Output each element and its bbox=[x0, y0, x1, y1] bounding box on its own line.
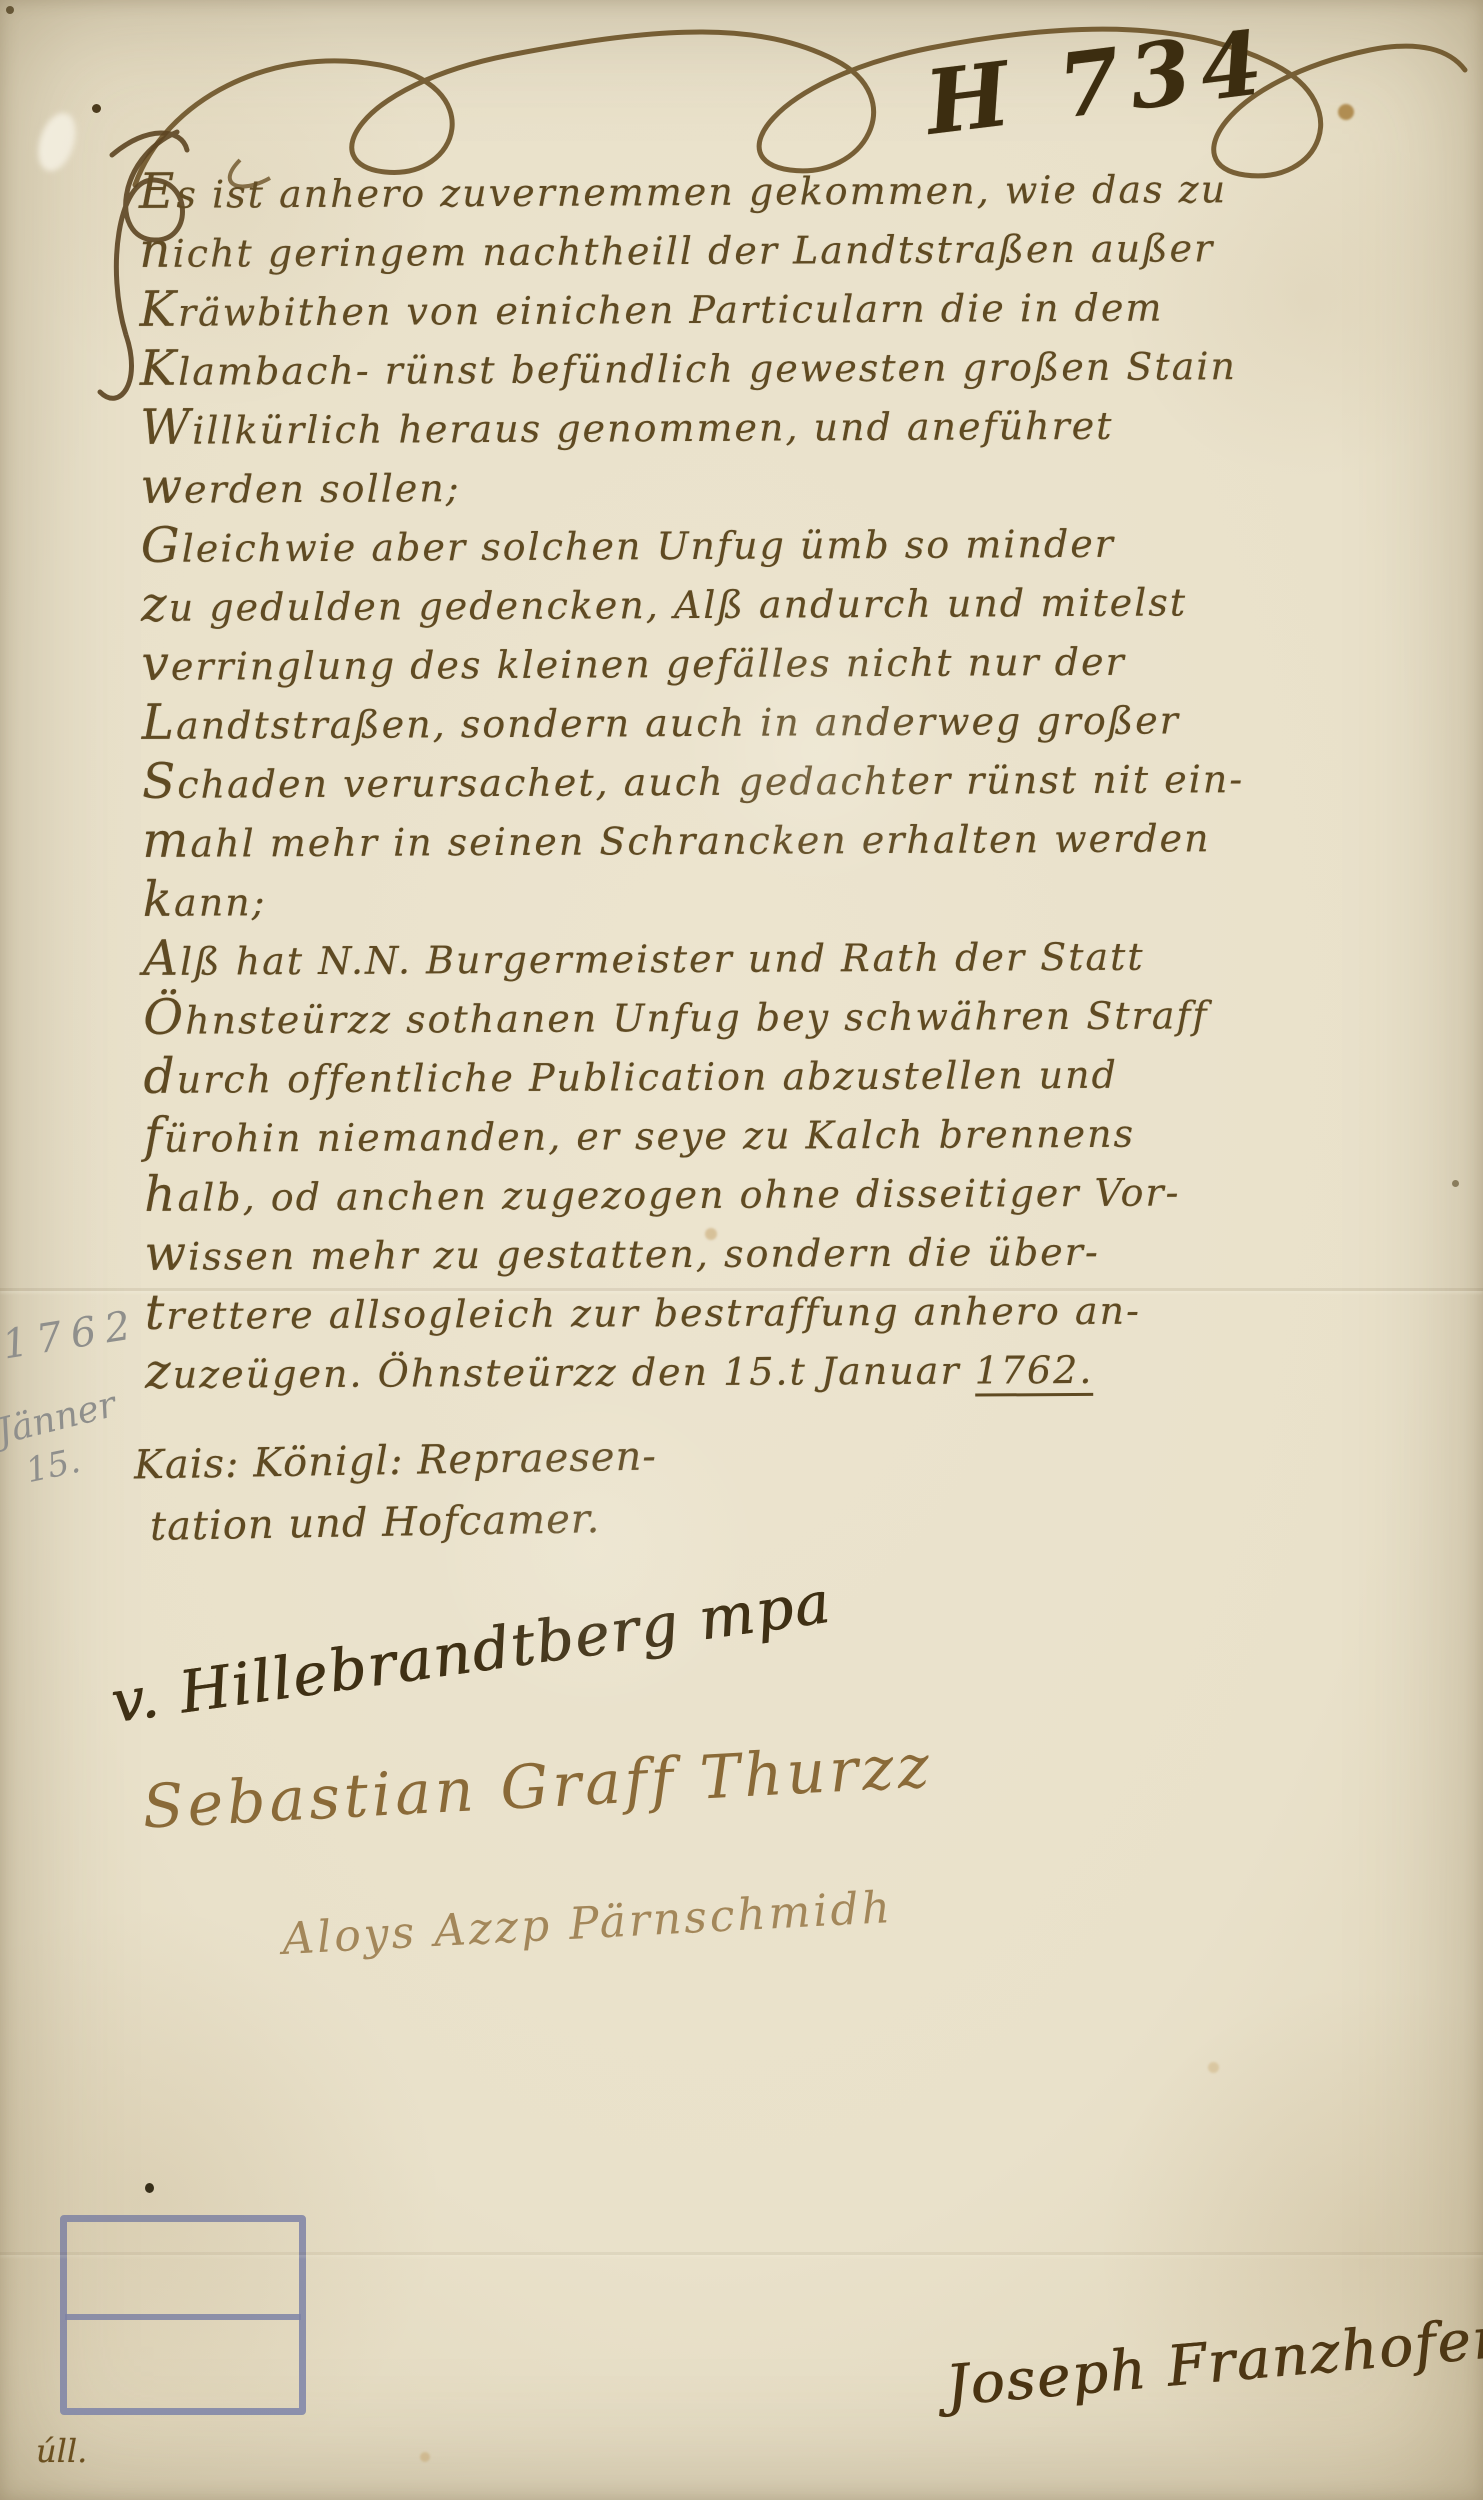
body-text-line: Gleichwie aber solchen Unfug ümb so mind… bbox=[141, 511, 1243, 576]
fold-crease bbox=[0, 2252, 1483, 2255]
letter-body: Es ist anhero zuvernemmen gekommen, wie … bbox=[139, 157, 1248, 1402]
archival-number: H 734 bbox=[920, 9, 1278, 155]
stamp-box-divider bbox=[65, 2314, 301, 2320]
ink-speck bbox=[145, 2183, 154, 2193]
signature-2: Sebastian Graff Thurzz bbox=[141, 1731, 935, 1842]
body-text-line: Willkürlich heraus genommen, und aneführ… bbox=[140, 393, 1242, 458]
body-text-line: Alß hat N.N. Burgermeister und Rath der … bbox=[143, 924, 1245, 989]
body-text-line: fürohin niemanden, er seye zu Kalch bren… bbox=[144, 1101, 1246, 1166]
body-text-line: werden sollen; bbox=[140, 452, 1242, 517]
body-text-line: wissen mehr zu gestatten, sondern die üb… bbox=[144, 1219, 1246, 1284]
date-line: zuzeügen. Öhnsteürzz den 15.t Januar 176… bbox=[145, 1337, 1247, 1402]
registration-stamp-box bbox=[60, 2215, 306, 2415]
body-text-line: Klambach- rünst befündlich gewesten groß… bbox=[140, 334, 1242, 399]
body-text-line: zu gedulden gedencken, Alß andurch und m… bbox=[141, 570, 1243, 635]
date-line-year: 1762. bbox=[975, 1348, 1094, 1397]
body-text-line: Schaden verursachet, auch gedachter rüns… bbox=[142, 747, 1244, 812]
margin-note-month: Jänner bbox=[0, 1384, 120, 1453]
ink-speck bbox=[92, 104, 101, 113]
ink-speck bbox=[6, 6, 14, 14]
manuscript-page: H 734 Es ist anhero zuvernemmen gekommen… bbox=[0, 0, 1483, 2500]
fox-spot bbox=[1338, 104, 1354, 120]
fox-spot bbox=[1208, 2062, 1219, 2073]
signature-3: Aloys Azzp Pärnschmidh bbox=[281, 1882, 894, 1965]
damage-spot bbox=[32, 108, 83, 176]
body-text-line: kann; bbox=[142, 865, 1244, 930]
fox-spot bbox=[420, 2452, 430, 2462]
body-text-line: Landtstraßen, sondern auch in anderweg g… bbox=[142, 688, 1244, 753]
body-text-line: mahl mehr in seinen Schrancken erhalten … bbox=[142, 806, 1244, 871]
margin-note-year: 1762 bbox=[0, 1302, 143, 1369]
closing-line-2: tation und Hofcamer. bbox=[150, 1496, 601, 1550]
body-text-line: verringlung des kleinen gefälles nicht n… bbox=[141, 629, 1243, 694]
body-text-line: Es ist anhero zuvernemmen gekommen, wie … bbox=[139, 157, 1241, 222]
body-text-line: durch offentliche Publication abzustelle… bbox=[143, 1042, 1245, 1107]
fold-crease bbox=[0, 1288, 1483, 1291]
body-text-line: nicht geringem nachtheill der Landtstraß… bbox=[139, 216, 1241, 281]
closing-line-1: Kais: Königl: Repraesen- bbox=[134, 1433, 658, 1488]
bottom-right-signature: Joseph Franzhofer bbox=[943, 2306, 1483, 2419]
ink-speck bbox=[1452, 1180, 1459, 1187]
fox-spot bbox=[705, 1228, 717, 1240]
date-line-text: zuzeügen. Öhnsteürzz den 15.t Januar bbox=[145, 1349, 975, 1397]
body-text-line: Öhnsteürzz sothanen Unfug bey schwähren … bbox=[143, 983, 1245, 1048]
margin-note-day: 15. bbox=[22, 1441, 83, 1491]
body-text-line: halb, od anchen zugezogen ohne disseitig… bbox=[144, 1160, 1246, 1225]
bottom-left-note: úll. bbox=[36, 2432, 87, 2470]
signature-1: v. Hillebrandtberg mpa bbox=[107, 1568, 835, 1736]
body-text-line: Kräwbithen von einichen Particularn die … bbox=[139, 275, 1241, 340]
